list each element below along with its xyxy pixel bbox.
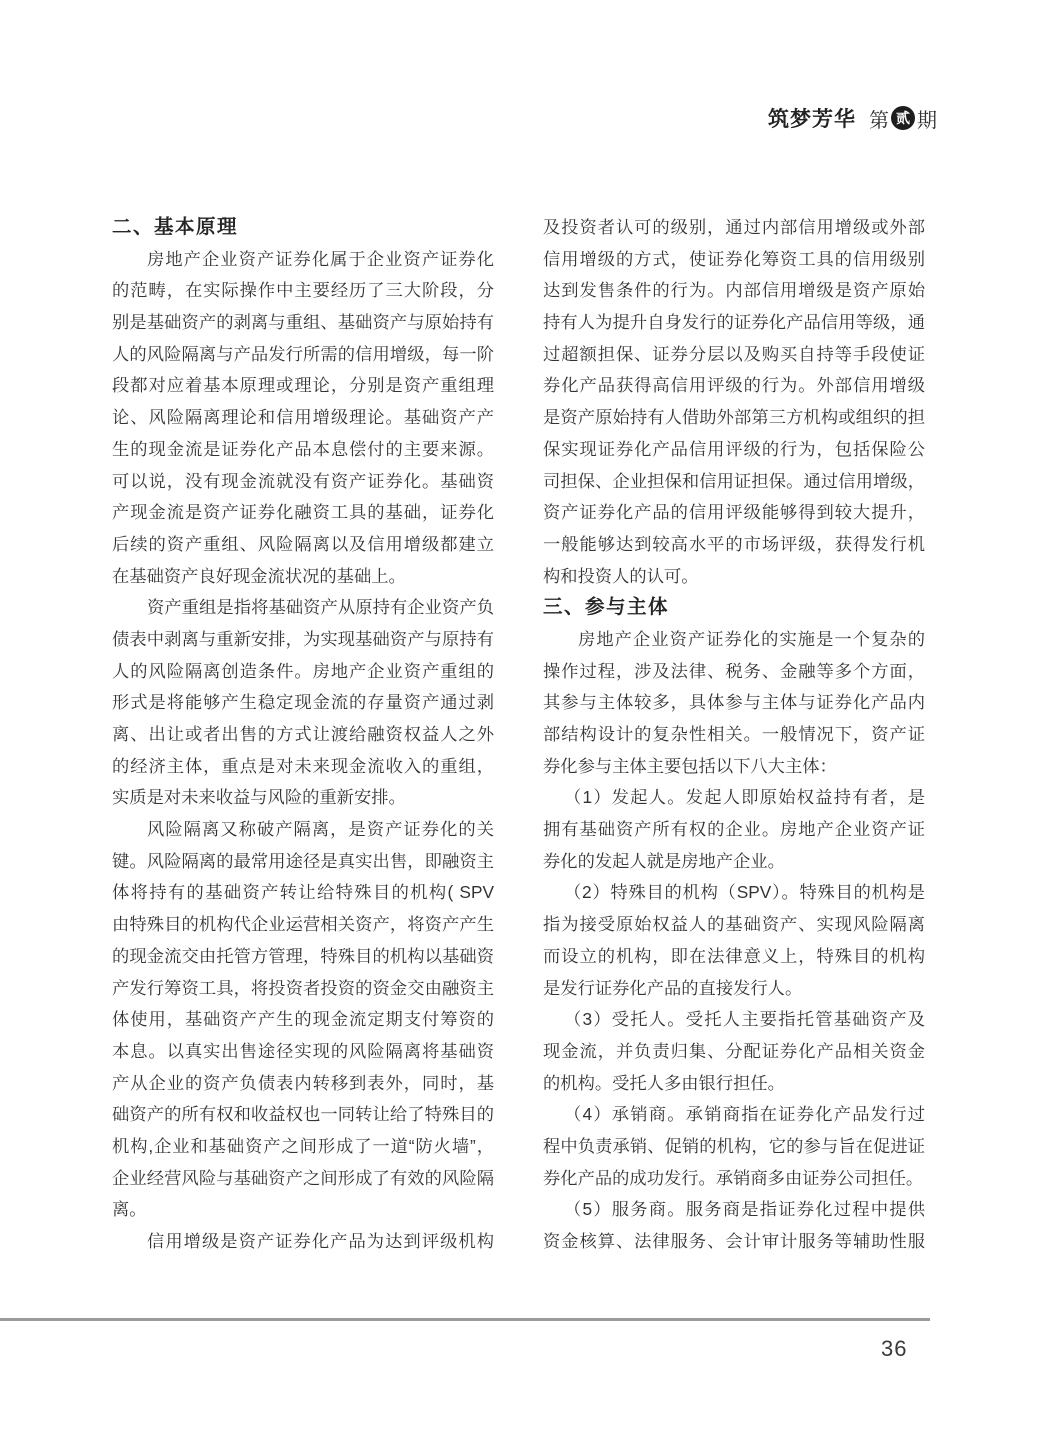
text-line: 信用增级是资产证券化产品为达到评级机构 (112, 1226, 494, 1258)
text-line: 风险隔离又称破产隔离，是资产证券化的关 (112, 814, 494, 846)
text-line: 资产证券化产品的信用评级能够得到较大提升， (543, 497, 925, 529)
text-line: 部结构设计的复杂性相关。一般情况下，资产证 (543, 719, 925, 751)
text-line: 的经济主体，重点是对未来现金流收入的重组， (112, 751, 494, 783)
issue-number-badge: 贰 (891, 106, 915, 130)
text-line: 而设立的机构，即在法律意义上，特殊目的机构 (543, 941, 925, 973)
text-line: 机构,企业和基础资产之间形成了一道“防火墙”， (112, 1131, 494, 1163)
document-page: 筑梦芳华 第 贰 期 二、基本原理房地产企业资产证券化属于企业资产证券化的范畴，… (0, 0, 1049, 1435)
text-line: 生的现金流是证券化产品本息偿付的主要来源。 (112, 434, 494, 466)
section-heading: 二、基本原理 (112, 212, 494, 244)
text-line: （3）受托人。受托人主要指托管基础资产及 (543, 1004, 925, 1036)
text-line: 论、风险隔离理论和信用增级理论。基础资产产 (112, 402, 494, 434)
text-line: 的范畴，在实际操作中主要经历了三大阶段，分 (112, 275, 494, 307)
text-line: 在基础资产良好现金流状况的基础上。 (112, 561, 494, 593)
text-line: （1）发起人。发起人即原始权益持有者，是 (543, 782, 925, 814)
text-line: 产发行筹资工具，将投资者投资的资金交由融资主 (112, 973, 494, 1005)
text-line: 保实现证券化产品信用评级的行为，包括保险公 (543, 434, 925, 466)
text-line: 持有人为提升自身发行的证券化产品信用等级，通 (543, 307, 925, 339)
text-line: 一般能够达到较高水平的市场评级，获得发行机 (543, 529, 925, 561)
text-line: 产从企业的资产负债表内转移到表外，同时，基 (112, 1068, 494, 1100)
running-head: 筑梦芳华 第 贰 期 (768, 103, 937, 133)
text-line: 资产重组是指将基础资产从原持有企业资产负 (112, 592, 494, 624)
text-line: 债表中剥离与重新安排，为实现基础资产与原持有 (112, 624, 494, 656)
text-line: （2）特殊目的机构（SPV）。特殊目的机构是 (543, 877, 925, 909)
section-heading: 三、参与主体 (543, 592, 925, 624)
text-line: 体使用，基础资产产生的现金流定期支付筹资的 (112, 1004, 494, 1036)
text-line: （4）承销商。承销商指在证券化产品发行过 (543, 1099, 925, 1131)
text-line: 的现金流交由托管方管理，特殊目的机构以基础资 (112, 941, 494, 973)
text-line: 信用增级的方式，使证券化筹资工具的信用级别 (543, 244, 925, 276)
text-line: 资金核算、法律服务、会计审计服务等辅助性服 (543, 1226, 925, 1258)
text-line: 离。 (112, 1194, 494, 1226)
text-line: 是发行证券化产品的直接发行人。 (543, 973, 925, 1005)
issue-suffix: 期 (917, 104, 937, 133)
journal-title: 筑梦芳华 (768, 103, 856, 133)
text-line: 其参与主体较多，具体参与主体与证券化产品内 (543, 687, 925, 719)
text-line: 操作过程，涉及法律、税务、金融等多个方面， (543, 656, 925, 688)
text-line: 离、出让或者出售的方式让渡给融资权益人之外 (112, 719, 494, 751)
text-line: 实质是对未来收益与风险的重新安排。 (112, 782, 494, 814)
text-line: 达到发售条件的行为。内部信用增级是资产原始 (543, 275, 925, 307)
page-number: 36 (881, 1336, 907, 1362)
text-line: 可以说，没有现金流就没有资产证券化。基础资 (112, 466, 494, 498)
right-column: 及投资者认可的级别，通过内部信用增级或外部信用增级的方式，使证券化筹资工具的信用… (543, 212, 925, 1258)
text-line: 的机构。受托人多由银行担任。 (543, 1068, 925, 1100)
text-line: 拥有基础资产所有权的企业。房地产企业资产证 (543, 814, 925, 846)
left-column: 二、基本原理房地产企业资产证券化属于企业资产证券化的范畴，在实际操作中主要经历了… (112, 212, 494, 1258)
text-line: 现金流，并负责归集、分配证券化产品相关资金 (543, 1036, 925, 1068)
text-line: 房地产企业资产证券化属于企业资产证券化 (112, 244, 494, 276)
text-line: 人的风险隔离与产品发行所需的信用增级，每一阶 (112, 339, 494, 371)
footer-rule (0, 1318, 930, 1321)
text-line: 及投资者认可的级别，通过内部信用增级或外部 (543, 212, 925, 244)
issue-label: 第 贰 期 (869, 104, 937, 133)
text-line: 券化的发起人就是房地产企业。 (543, 846, 925, 878)
text-line: 司担保、企业担保和信用证担保。通过信用增级， (543, 466, 925, 498)
text-line: 由特殊目的机构代企业运营相关资产，将资产产生 (112, 909, 494, 941)
text-line: 形式是将能够产生稳定现金流的存量资产通过剥 (112, 687, 494, 719)
text-line: 键。风险隔离的最常用途径是真实出售，即融资主 (112, 846, 494, 878)
text-line: 后续的资产重组、风险隔离以及信用增级都建立 (112, 529, 494, 561)
text-line: （5）服务商。服务商是指证券化过程中提供 (543, 1194, 925, 1226)
text-line: 人的风险隔离创造条件。房地产企业资产重组的 (112, 656, 494, 688)
text-line: 是资产原始持有人借助外部第三方机构或组织的担 (543, 402, 925, 434)
text-line: 过超额担保、证券分层以及购买自持等手段使证 (543, 339, 925, 371)
text-line: 段都对应着基本原理或理论，分别是资产重组理 (112, 370, 494, 402)
text-line: 指为接受原始权益人的基础资产、实现风险隔离 (543, 909, 925, 941)
text-line: 券化参与主体主要包括以下八大主体： (543, 751, 925, 783)
text-line: 构和投资人的认可。 (543, 561, 925, 593)
text-line: 体将持有的基础资产转让给特殊目的机构( SPV )， (112, 877, 494, 909)
text-line: 企业经营风险与基础资产之间形成了有效的风险隔 (112, 1163, 494, 1195)
text-line: 程中负责承销、促销的机构，它的参与旨在促进证 (543, 1131, 925, 1163)
issue-prefix: 第 (869, 104, 889, 133)
text-line: 本息。以真实出售途径实现的风险隔离将基础资 (112, 1036, 494, 1068)
text-line: 券化产品的成功发行。承销商多由证券公司担任。 (543, 1163, 925, 1195)
text-line: 别是基础资产的剥离与重组、基础资产与原始持有 (112, 307, 494, 339)
text-line: 产现金流是资产证券化融资工具的基础，证券化 (112, 497, 494, 529)
text-line: 房地产企业资产证券化的实施是一个复杂的 (543, 624, 925, 656)
text-line: 础资产的所有权和收益权也一同转让给了特殊目的 (112, 1099, 494, 1131)
text-line: 券化产品获得高信用评级的行为。外部信用增级 (543, 370, 925, 402)
